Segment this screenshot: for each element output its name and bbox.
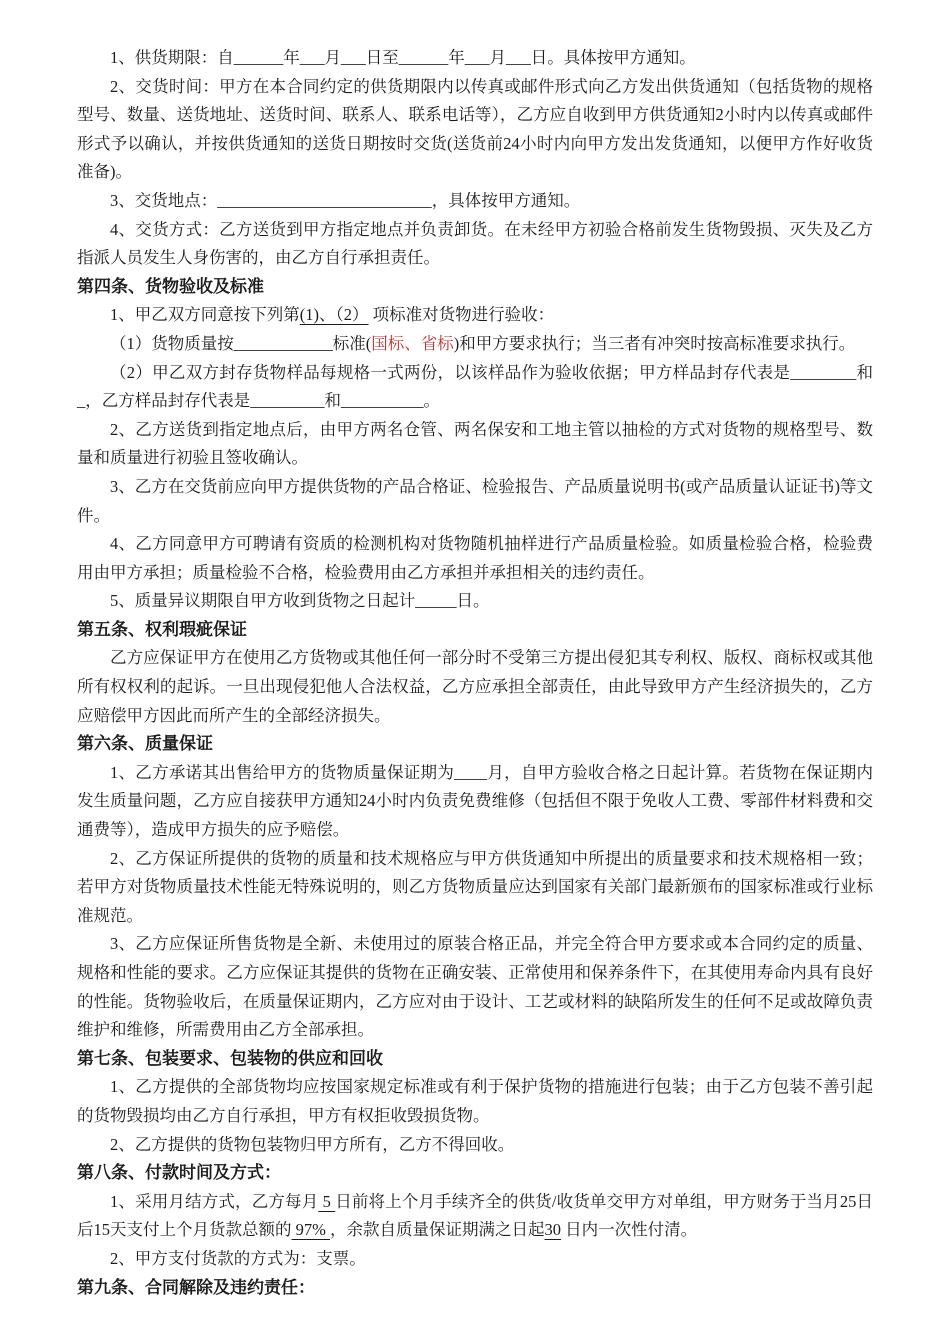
paragraph: 4、交货方式：乙方送货到甲方指定地点并负责卸货。在未经甲方初验合格前发生货物毁损… [77, 216, 873, 273]
paragraph: 1、采用月结方式，乙方每月 5 日前将上个月手续齐全的供货/收货单交甲方对单组，… [77, 1188, 873, 1245]
paragraph: 2、乙方送货到指定地点后，由甲方两名仓管、两名保安和工地主管以抽检的方式对货物的… [77, 416, 873, 473]
text-run: ____ [454, 763, 487, 782]
text-run: 3、交货地点： [110, 191, 217, 210]
red-emphasis-text: 国标、省标 [371, 334, 454, 353]
text-run: _____ [415, 591, 456, 610]
paragraph: 3、乙方在交货前应向甲方提供货物的产品合格证、检验报告、产品质量说明书(或产品质… [77, 473, 873, 530]
text-run: 第七条、包装要求、包装物的供应和回收 [77, 1049, 383, 1068]
paragraph: 2、乙方提供的货物包装物归甲方所有，乙方不得回收。 [77, 1131, 873, 1160]
text-run: 标准( [333, 334, 372, 353]
text-run: 项标准对货物进行验收： [369, 305, 555, 324]
text-run: 2、乙方送货到指定地点后，由甲方两名仓管、两名保安和工地主管以抽检的方式对货物的… [77, 420, 873, 468]
text-run: ，余款自质量保证期满之日起 [330, 1220, 545, 1239]
text-run: 第九条、合同解除及违约责任： [77, 1278, 315, 1297]
text-run: 乙方应保证甲方在使用乙方货物或其他任何一部分时不受第三方提出侵犯其专利权、版权、… [77, 648, 873, 724]
paragraph: 3、乙方应保证所售货物是全新、未使用过的原装合格正品，并完全符合甲方要求或本合同… [77, 930, 873, 1044]
section-heading: 第八条、付款时间及方式： [77, 1159, 873, 1188]
section-heading: 第七条、包装要求、包装物的供应和回收 [77, 1045, 873, 1074]
section-heading: 第五条、权利瑕疵保证 [77, 616, 873, 645]
text-run: 2、乙方保证所提供的货物的质量和技术规格应与甲方供货通知中所提出的质量要求和技术… [77, 849, 873, 925]
text-run: 2、乙方提供的货物包装物归甲方所有，乙方不得回收。 [110, 1135, 514, 1154]
underlined-fill-in-value: 97% [292, 1220, 331, 1239]
text-run: 2、交货时间：甲方在本合同约定的供货期限内以传真或邮件形式向乙方发出供货通知（包… [77, 77, 873, 182]
text-run: __________________________ [217, 191, 432, 210]
text-run: 5、质量异议期限自甲方收到货物之日起计 [110, 591, 415, 610]
section-heading: 第六条、质量保证 [77, 730, 873, 759]
text-run: 日。 [457, 591, 490, 610]
text-run: 4、交货方式：乙方送货到甲方指定地点并负责卸货。在未经甲方初验合格前发生货物毁损… [77, 220, 873, 268]
paragraph: 2、乙方保证所提供的货物的质量和技术规格应与甲方供货通知中所提出的质量要求和技术… [77, 845, 873, 931]
paragraph: 5、质量异议期限自甲方收到货物之日起计_____日。 [77, 587, 873, 616]
paragraph: 1、甲乙双方同意按下列第(1)、（2） 项标准对货物进行验收： [77, 301, 873, 330]
paragraph: 2、交货时间：甲方在本合同约定的供货期限内以传真或邮件形式向乙方发出供货通知（包… [77, 73, 873, 187]
underlined-fill-in-value: (1)、（2） [300, 305, 369, 324]
text-run: 4、乙方同意甲方可聘请有资质的检测机构对货物随机抽样进行产品质量检验。如质量检验… [77, 534, 873, 582]
text-run: 1、乙方提供的全部货物均应按国家规定标准或有利于保护货物的措施进行包装；由于乙方… [77, 1077, 873, 1125]
text-run: 1、采用月结方式，乙方每月 [110, 1192, 318, 1211]
text-run: 第五条、权利瑕疵保证 [77, 620, 247, 639]
text-run: 1、甲乙双方同意按下列第 [110, 305, 300, 324]
text-run: （1）货物质量按 [110, 334, 234, 353]
text-run: 3、乙方应保证所售货物是全新、未使用过的原装合格正品，并完全符合甲方要求或本合同… [77, 934, 873, 1039]
paragraph: 乙方应保证甲方在使用乙方货物或其他任何一部分时不受第三方提出侵犯其专利权、版权、… [77, 644, 873, 730]
text-run: ，具体按甲方通知。 [432, 191, 581, 210]
text-run: 第四条、货物验收及标准 [77, 277, 264, 296]
paragraph: 4、乙方同意甲方可聘请有资质的检测机构对货物随机抽样进行产品质量检验。如质量检验… [77, 530, 873, 587]
text-run: 3、乙方在交货前应向甲方提供货物的产品合格证、检验报告、产品质量说明书(或产品质… [77, 477, 873, 525]
text-run: 1、供货期限：自______年___月___日至______年___月___日。… [110, 48, 696, 67]
paragraph: 2、甲方支付货款的方式为：支票。 [77, 1245, 873, 1274]
text-run: 1、乙方承诺其出售给甲方的货物质量保证期为 [110, 763, 454, 782]
text-run: 日内一次性付清。 [561, 1220, 697, 1239]
text-run: 2、甲方支付货款的方式为：支票。 [110, 1249, 366, 1268]
paragraph: 3、交货地点：__________________________，具体按甲方通… [77, 187, 873, 216]
section-heading: 第四条、货物验收及标准 [77, 273, 873, 302]
text-run: （2）甲乙双方封存货物样品每规格一式两份，以该样品作为验收依据；甲方样品封存代表… [77, 363, 873, 411]
underlined-fill-in-value: 5 [318, 1192, 335, 1211]
text-run: ____________ [234, 334, 333, 353]
underlined-fill-in-value: 30 [545, 1220, 562, 1239]
paragraph: （1）货物质量按____________标准(国标、省标)和甲方要求执行；当三者… [77, 330, 873, 359]
paragraph: 1、乙方承诺其出售给甲方的货物质量保证期为____月，自甲方验收合格之日起计算。… [77, 759, 873, 845]
paragraph: 1、供货期限：自______年___月___日至______年___月___日。… [77, 44, 873, 73]
contract-body: 1、供货期限：自______年___月___日至______年___月___日。… [77, 44, 873, 1302]
paragraph: （2）甲乙双方封存货物样品每规格一式两份，以该样品作为验收依据；甲方样品封存代表… [77, 359, 873, 416]
document-page: 1、供货期限：自______年___月___日至______年___月___日。… [0, 0, 950, 1344]
paragraph: 1、乙方提供的全部货物均应按国家规定标准或有利于保护货物的措施进行包装；由于乙方… [77, 1073, 873, 1130]
text-run: 第八条、付款时间及方式： [77, 1163, 281, 1182]
text-run: )和甲方要求执行；当三者有冲突时按高标准要求执行。 [454, 334, 856, 353]
section-heading: 第九条、合同解除及违约责任： [77, 1274, 873, 1303]
text-run: 第六条、质量保证 [77, 734, 213, 753]
